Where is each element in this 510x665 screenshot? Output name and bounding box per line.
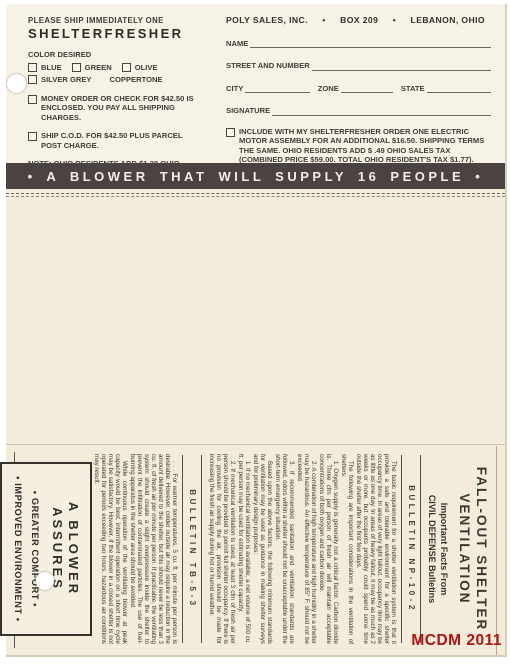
order-options-column: PLEASE SHIP IMMEDIATELY ONE SHELTERFRESH… [6,4,198,163]
bulletin-title-line2: VENTILATION [456,452,473,646]
checkbox-green [72,63,81,72]
rule-below-tb [182,455,183,643]
blower-assures-box: A BLOWER ASSURES • GREATER COMFORT • • I… [0,462,92,636]
np-paragraph: Based upon the above factors, the follow… [252,454,273,644]
cod-option: SHIP C.O.D. FOR $42.50 PLUS PARCEL POST … [28,131,194,150]
np-paragraph: The following are important consideratio… [340,454,354,644]
bulletin-strip: FALL-OUT SHELTER VENTILATION Important F… [14,452,493,648]
motor-assembly-option: INCLUDE WITH MY SHELTERFRESHER ORDER ONE… [226,127,491,165]
cod-text: SHIP C.O.D. FOR $42.50 PLUS PARCEL POST … [41,131,194,150]
bulletin-title: FALL-OUT SHELTER VENTILATION [456,452,490,646]
street-field-label: STREET AND NUMBER [226,61,310,71]
motor-assembly-text: INCLUDE WITH MY SHELTERFRESHER ORDER ONE… [239,127,491,165]
color-row-1: BLUE GREEN OLIVE [28,63,194,73]
city-zone-state-row: CITY ZONE STATE [226,84,491,94]
bullet-separator-1: • [322,16,325,26]
rotated-bulletin-content: FALL-OUT SHELTER VENTILATION Important F… [15,452,492,646]
state-field-line [427,84,491,93]
company-city: LEBANON, OHIO [411,16,485,26]
company-name: POLY SALES, INC. [226,16,308,26]
ship-instruction: PLEASE SHIP IMMEDIATELY ONE [28,16,194,26]
signature-field-line [272,107,491,116]
zone-field-label: ZONE [318,84,339,94]
color-green-label: GREEN [85,63,112,73]
company-box: BOX 209 [340,16,378,26]
tb-body-text: . . . For warmer temperatures, 5 cu. ft.… [92,454,178,644]
street-field-line [312,62,491,71]
checkbox-cod [28,132,37,141]
order-form: PLEASE SHIP IMMEDIATELY ONE SHELTERFRESH… [6,4,505,163]
color-row-2: SILVER GREY COPPERTONE [28,75,194,85]
color-blue-label: BLUE [41,63,62,73]
name-field-line [250,39,491,48]
np-paragraph: 1. Oxygen supply is generally not a crit… [318,454,339,644]
punch-hole-top [7,74,26,93]
checkbox-silver-grey [28,75,37,84]
zone-field-line [341,84,393,93]
rule-above-tb [201,455,202,643]
blower-box-line4: • IMPROVED ENVIRONMENT • [12,466,24,632]
street-field-row: STREET AND NUMBER [226,61,491,71]
tb-paragraph: While continuous operation of the ventil… [93,454,128,644]
product-name: SHELTERFRESHER [28,29,194,39]
checkbox-money-order [28,95,37,104]
city-field-label: CITY [226,84,243,94]
np-paragraph: 1. If no mechanical ventilation is avail… [237,454,251,644]
city-field-line [245,84,309,93]
signature-field-row: SIGNATURE [226,106,491,116]
address-column: POLY SALES, INC. • BOX 209 • LEBANON, OH… [198,4,505,163]
name-field-row: NAME [226,39,491,49]
bulletin-tb-header: BULLETIN TB-5-3 [188,452,197,646]
color-desired-label: COLOR DESIRED [28,50,194,60]
card-right-edge [496,446,497,655]
tb-paragraph: . . . For warmer temperatures, 5 cu. ft.… [129,454,178,644]
bulletin-title-line1: FALL-OUT SHELTER [473,452,490,646]
card-fold-line [6,444,505,445]
bulletin-np-header: BULLETIN NP-10-2 [407,452,416,646]
blower-box-line2: ASSURES [49,466,65,632]
color-coppertone-label: COPPERTONE [110,75,163,85]
state-field-label: STATE [401,84,425,94]
np-paragraph: 2. A combination of high temperature and… [296,454,317,644]
np-paragraph: The basic requirement for a shelter vent… [355,454,397,644]
signature-field-label: SIGNATURE [226,106,270,116]
blower-box-line1: A BLOWER [65,466,81,632]
np-paragraph: 3. If recommended sanitation and ventila… [274,454,295,644]
blower-box-line3: • GREATER COMFORT • [29,466,41,632]
bulletin-subtitle: Important Facts From CIVIL DEFENSE Bulle… [426,452,449,646]
name-field-label: NAME [226,39,248,49]
np-paragraph: 2. If mechanical ventilation is used, at… [208,454,236,644]
company-header: POLY SALES, INC. • BOX 209 • LEBANON, OH… [226,16,491,26]
banner-text: • A BLOWER THAT WILL SUPPLY 16 PEOPLE • [28,169,484,184]
np-body-text: The basic requirement for a shelter vent… [207,454,397,644]
money-order-text: MONEY ORDER OR CHECK FOR $42.50 IS ENCLO… [41,94,194,123]
bulletin-subtitle-line1: Important Facts From [438,452,450,646]
blower-banner: • A BLOWER THAT WILL SUPPLY 16 PEOPLE • [6,163,505,189]
color-silver-label: SILVER GREY [41,75,92,85]
rule-below-np [401,455,402,643]
collector-stamp: MCDM 2011 [411,632,502,650]
money-order-option: MONEY ORDER OR CHECK FOR $42.50 IS ENCLO… [28,94,194,123]
scanned-order-card: PLEASE SHIP IMMEDIATELY ONE SHELTERFRESH… [6,4,507,657]
bulletin-subtitle-line2: CIVIL DEFENSE Bulletins [426,452,438,646]
checkbox-olive [122,63,131,72]
perforation-dashed-line [6,193,505,197]
bullet-separator-2: • [393,16,396,26]
checkbox-blue [28,63,37,72]
color-olive-label: OLIVE [135,63,158,73]
punch-hole-bottom [36,572,54,590]
checkbox-motor-assembly [226,128,235,137]
rule-above-np [420,455,421,643]
